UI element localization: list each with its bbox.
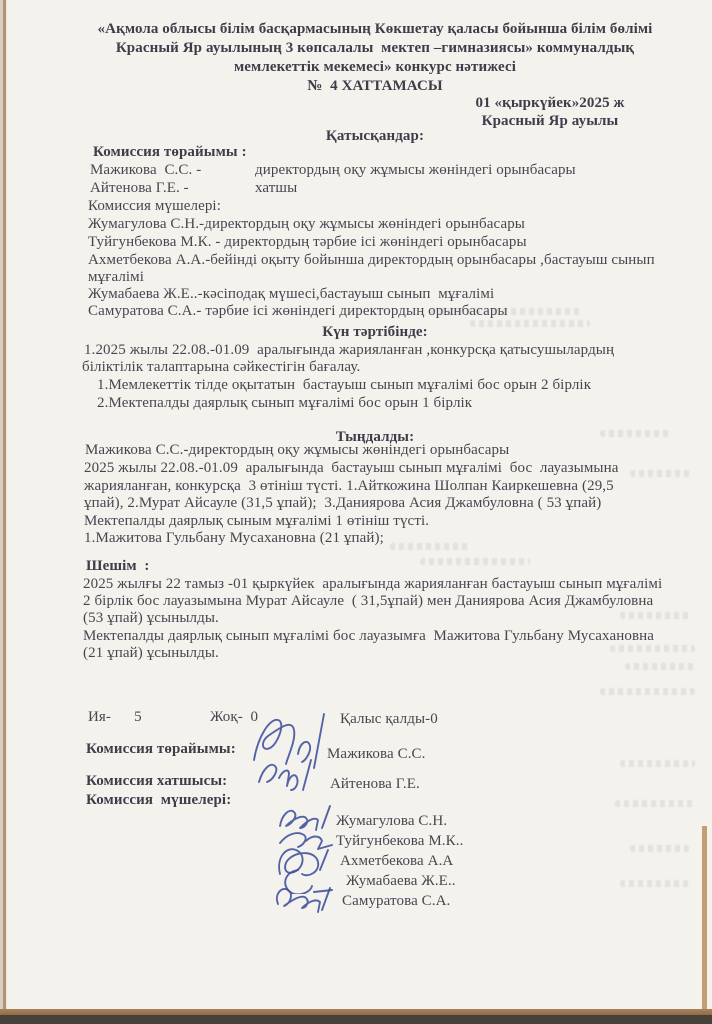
chair2-name: Айтенова Г.Е. - [90, 179, 189, 197]
bleed-through-artifact [610, 645, 695, 652]
bleed-through-artifact [620, 760, 695, 767]
doc-title-line2: Красный Яр ауылының 3 көпсалалы мектеп –… [30, 39, 712, 57]
bleed-through-artifact [620, 880, 690, 887]
members-label: Комиссия мүшелері: [88, 197, 221, 215]
sig-member-name: Жумабаева Ж.Е.. [346, 872, 456, 890]
bleed-through-artifact [630, 470, 690, 477]
sig-secretary-label: Комиссия хатшысы: [86, 772, 227, 790]
agenda-item: 1.Мемлекеттік тілде оқытатын бастауыш сы… [97, 376, 591, 394]
agenda-heading: Күн тәртібінде: [30, 323, 712, 341]
bleed-through-artifact [430, 308, 580, 315]
bleed-through-artifact [620, 612, 690, 619]
sig-members-label: Комиссия мүшелері: [86, 791, 231, 809]
doc-title-line3: мемлекеттік мекемесі» конкурс нәтижесі [30, 58, 712, 76]
bleed-through-artifact [600, 688, 695, 695]
member-line: Жумагулова С.Н.-директордың оқу жұмысы ж… [88, 215, 525, 233]
heard-line: 2025 жылы 22.08.-01.09 аралығында бастау… [84, 459, 619, 477]
chair2-role: хатшы [255, 179, 297, 197]
chair-label: Комиссия төрайымы : [93, 143, 247, 161]
member-line: мұғалімі [88, 268, 144, 286]
heard-line: 1.Мажитова Гульбану Мусахановна (21 ұпай… [84, 529, 384, 547]
sig-chair-name: Мажикова С.С. [327, 745, 426, 763]
scan-edge-shadow [0, 1015, 712, 1024]
sig-chair-label: Комиссия төрайымы: [86, 740, 236, 758]
protocol-number: № 4 ХАТТАМАСЫ [30, 77, 712, 95]
doc-title-line1: «Ақмола облысы білім басқармасының Көкше… [30, 20, 712, 38]
sig-member-name: Самуратова С.А. [342, 892, 450, 910]
sig-member-name: Туйгунбекова М.К.. [336, 832, 463, 850]
decision-line: (53 ұпай) ұсынылды. [83, 609, 219, 627]
heard-line: ұпай), 2.Мурат Айсауле (31,5 ұпай); 3.Да… [84, 494, 601, 512]
sig-member-name: Ахметбекова А.А [340, 852, 453, 870]
decision-line: (21 ұпай) ұсынылды. [83, 644, 219, 662]
bleed-through-artifact [600, 430, 670, 437]
bleed-through-artifact [630, 845, 690, 852]
scan-edge-left [0, 0, 7, 1024]
member-line: Туйгунбекова М.К. - директордың тәрбие і… [88, 233, 527, 251]
scanned-protocol-document: «Ақмола облысы білім басқармасының Көкше… [0, 0, 712, 1024]
chair1-role: директордың оқу жұмысы жөніндегі орынбас… [255, 161, 576, 179]
agenda-line: біліктілік талаптарына сәйкестігін бағал… [82, 358, 360, 376]
secretary-signature [255, 756, 319, 794]
agenda-item: 2.Мектепалды даярлық сынып мұғалімі бос … [97, 394, 472, 412]
scan-edge-right [702, 826, 707, 1012]
bleed-through-artifact [390, 543, 470, 550]
sig-member-name: Жумагулова С.Н. [336, 812, 447, 830]
heard-line: жарияланған, конкурсқа 3 өтініш түсті. 1… [84, 477, 614, 495]
decision-line: 2 бірлік бос лауазымына Мурат Айсауле ( … [83, 592, 653, 610]
heard-line: Мажикова С.С.-директордың оқу жұмысы жөн… [85, 441, 509, 459]
member-signature [272, 884, 332, 914]
vote-yes: Ия- 5 [88, 708, 142, 726]
bleed-through-artifact [625, 663, 695, 670]
decision-line: Мектепалды даярлық сынып мұғалімі бос ла… [83, 627, 654, 645]
decision-line: 2025 жылғы 22 тамыз -01 қыркүйек аралығы… [83, 575, 662, 593]
decision-heading: Шешім : [86, 557, 149, 575]
heard-line: Мектепалды даярлық сыным мұғалімі 1 өтін… [84, 512, 429, 530]
chair1-name: Мажикова С.С. - [90, 161, 201, 179]
vote-abstain: Қалыс қалды-0 [340, 710, 438, 728]
member-line: Жумабаева Ж.Е..-кәсіподақ мүшесі,бастауы… [88, 285, 494, 303]
doc-date: 01 «қыркүйек»2025 ж [430, 94, 670, 112]
member-line: Ахметбекова А.А.-бейінді оқыту бойынша д… [88, 251, 655, 269]
bleed-through-artifact [615, 800, 695, 807]
bleed-through-artifact [420, 558, 530, 565]
bleed-through-artifact [470, 320, 590, 327]
agenda-line: 1.2025 жылы 22.08.-01.09 аралығында жари… [84, 341, 614, 359]
sig-secretary-name: Айтенова Г.Е. [330, 775, 420, 793]
